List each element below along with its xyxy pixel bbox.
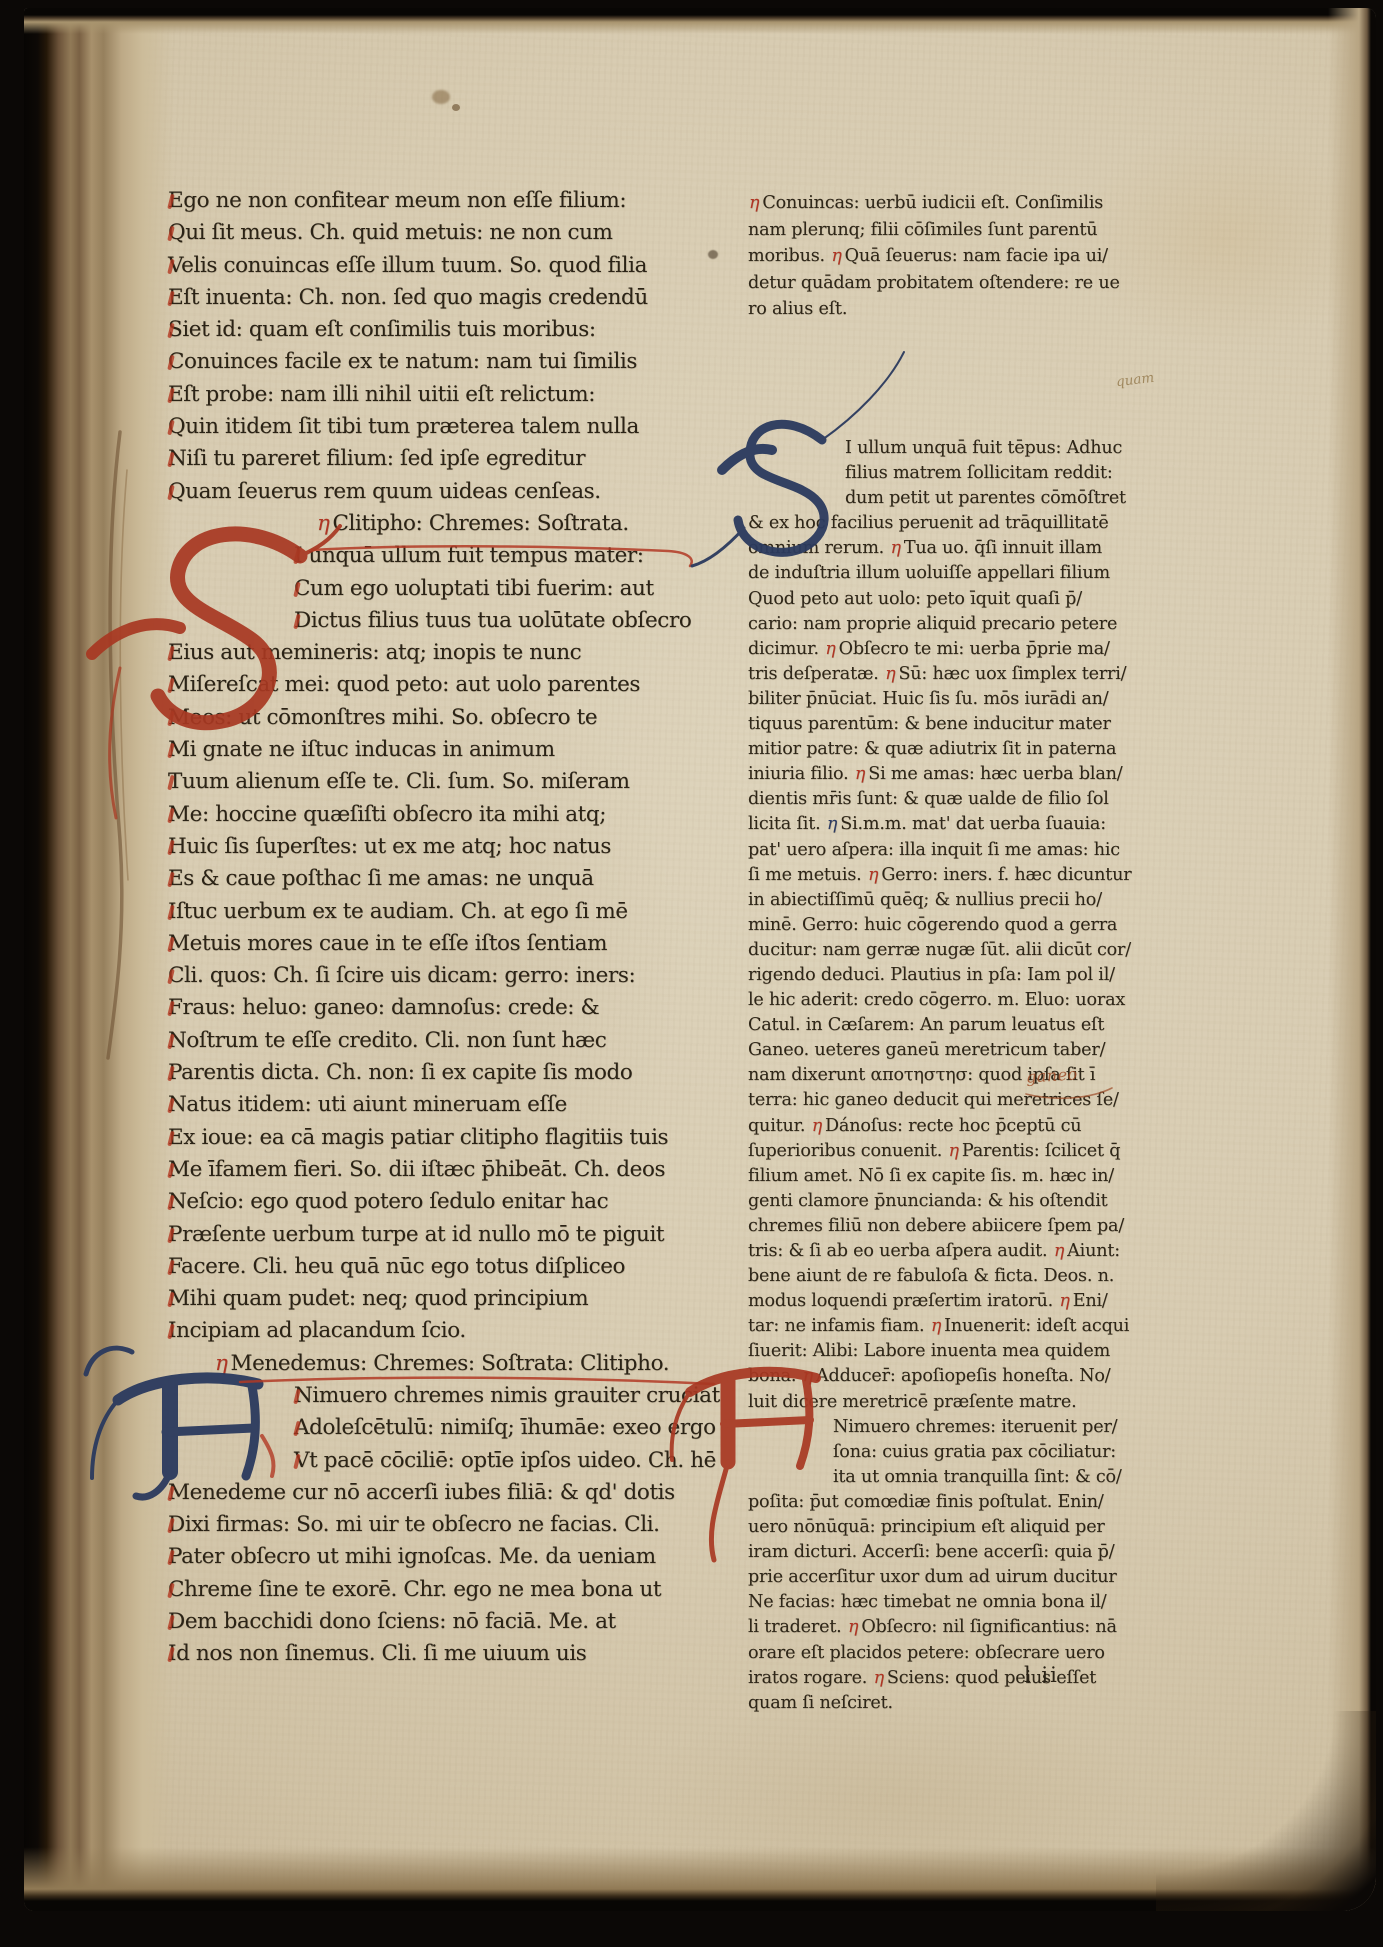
text-run: Pater obſecro ut mihi ignoſcas. Me. da u… (168, 1544, 656, 1569)
text-run: li traderet. (748, 1617, 847, 1637)
text-run: iram dicturi. Accerſi: bene accerſi: qui… (748, 1542, 1114, 1562)
verse-line: Neſcio: ego quod potero ſedulo enitar ha… (168, 1186, 728, 1218)
commentary-line: omnium rerum. ηTua uo. q̄ſi innuit illam (748, 536, 1168, 561)
text-run: Obſecro te mi: uerba p̄prie ma/ (839, 639, 1110, 659)
text-run: dicimur. (748, 639, 824, 659)
commentary-line: bona. ηAdducer̄: apoſiopeſis honeſta. No… (748, 1364, 1168, 1389)
commentary-line: filius matrem ſollicitam reddit: (748, 461, 1168, 486)
commentary-line: filium amet. Nō ſi ex capite ſis. m. hæc… (748, 1164, 1168, 1189)
play-text-column: Ego ne non confitear meum non eſſe filiu… (168, 185, 728, 1671)
text-run: Obſecro: nil ſignificantius: nā (861, 1617, 1117, 1637)
commentary-line: nam dixerunt αποτηστησ: quod ipſa ſit ī (748, 1063, 1168, 1088)
commentary-line: Ganeo. ueteres ganeū meretricum taber/ (748, 1038, 1168, 1063)
text-run: Adducer̄: apoſiopeſis honeſta. No/ (816, 1366, 1111, 1386)
verse-line: Me īfamem fieri. So. dii iſtæc p̄hibeāt.… (168, 1154, 728, 1186)
text-run: Miſereſcat mei: quod peto: aut uolo pare… (168, 672, 640, 697)
text-run: Eius aut memineris: atq; inopis te nunc (168, 640, 581, 665)
commentary-line: orare eſt placidos petere: obſecrare uer… (748, 1641, 1168, 1666)
scene-heading: ηClitipho: Chremes: Soſtrata. (168, 508, 728, 540)
text-run: Parentis: ſcilicet q̄ (962, 1141, 1120, 1161)
verse-line: Tuum alienum eſſe te. Cli. ſum. So. miſe… (168, 766, 728, 798)
verse-line: Siet id: quam eſt conſimilis tuis moribu… (168, 314, 728, 346)
verse-line: Noſtrum te eſſe credito. Cli. non ſunt h… (168, 1025, 728, 1057)
text-run: Nimuero chremes: iteruenit per/ (833, 1417, 1117, 1437)
verse-line: Fraus: heluo: ganeo: damnoſus: crede: & (168, 992, 728, 1024)
text-run: orare eſt placidos petere: obſecrare uer… (748, 1643, 1105, 1663)
text-run: I unquā ullum fuit tempus mater: (294, 543, 644, 568)
text-run: Id nos non ſinemus. Cli. ſi me uiuum uis (168, 1641, 586, 1666)
commentary-line: mitior patre: & quæ adiutrix ſit in pate… (748, 737, 1168, 762)
text-run: Eſt inuenta: Ch. non. ſed quo magis cred… (168, 285, 648, 310)
verse-line: Parentis dicta. Ch. non: ſi ex capite ſi… (168, 1057, 728, 1089)
commentary-line: I ullum unquā fuit tēpus: Adhuc (748, 436, 1168, 461)
verse-line: Me: hoccine quæſiſti obſecro ita mihi at… (168, 799, 728, 831)
text-run: Inuenerit: ideſt acqui (944, 1316, 1129, 1336)
text-run: Cli. quos: Ch. ſi ſcire uis dicam: gerro… (168, 963, 635, 988)
text-run: ducitur: nam gerræ nugæ ſūt. alii dicūt … (748, 940, 1131, 960)
verse-line: Nimuero chremes nimis grauiter cruciat (168, 1380, 728, 1412)
text-run: ſi me metuis. (748, 865, 867, 885)
verse-line: Cli. quos: Ch. ſi ſcire uis dicam: gerro… (168, 960, 728, 992)
verse-line: Adoleſcētulū: nimiſq; īhumāe: exeo ergo (168, 1412, 728, 1444)
commentary-line: in abiectiſſimū quēq; & nullius precii h… (748, 888, 1168, 913)
verse-line: Iſtuc uerbum ex te audiam. Ch. at ego ſi… (168, 896, 728, 928)
text-run: Ganeo. ueteres ganeū meretricum taber/ (748, 1040, 1105, 1060)
verse-line: Quin itidem ſit tibi tum præterea talem … (168, 411, 728, 443)
verse-line: I unquā ullum fuit tempus mater: (168, 540, 728, 572)
text-run: Dem bacchidi dono ſciens: nō faciā. Me. … (168, 1609, 616, 1634)
text-run: Menedeme cur nō accerſi iubes filiā: & q… (168, 1480, 675, 1505)
verse-line: Natus itidem: uti aiunt mineruam eſſe (168, 1089, 728, 1121)
commentary-line: prie accerſitur uxor dum ad uirum ducitu… (748, 1565, 1168, 1590)
commentary-line: licita ſit. ηSi.m.m. mat' dat uerba ſuau… (748, 812, 1168, 837)
verse-line: Meos: ut cōmonſtres mihi. So. obſecro te (168, 702, 728, 734)
text-run: ſona: cuius gratia pax cōciliatur: (833, 1442, 1116, 1462)
commentary-line: quam ſi neſciret. (748, 1691, 1168, 1716)
page-corner-shadow (1156, 1711, 1376, 1911)
text-run: biliter p̄nūciat. Huic ſis ſu. mōs iurād… (748, 689, 1109, 709)
commentary-line: rigendo deduci. Plautius in pſa: Iam pol… (748, 963, 1168, 988)
commentary-line: li traderet. ηObſecro: nil ſignificantiu… (748, 1615, 1168, 1640)
text-run: Clitipho: Chremes: Soſtrata. (332, 511, 628, 536)
verse-line: Pater obſecro ut mihi ignoſcas. Me. da u… (168, 1541, 728, 1573)
text-run: luit dicere meretricē præſente matre. (748, 1392, 1077, 1412)
verse-line: Eius aut memineris: atq; inopis te nunc (168, 637, 728, 669)
text-run: mitior patre: & quæ adiutrix ſit in pate… (748, 739, 1116, 759)
text-run: dientis mr̄is ſunt: & quæ ualde de filio… (748, 789, 1109, 809)
commentary-line: dicimur. ηObſecro te mi: uerba p̄prie ma… (748, 637, 1168, 662)
text-run: Mi gnate ne iſtuc inducas in animum (168, 737, 555, 762)
text-run: Dictus filius tuus tua uolūtate obſecro (294, 608, 691, 633)
verse-line: Eſt probe: nam illi nihil uitii eſt reli… (168, 379, 728, 411)
commentary-line: ro alius eſt. (748, 296, 1168, 323)
verse-line: Id nos non ſinemus. Cli. ſi me uiuum uis (168, 1638, 728, 1670)
quire-signature: l ii (1024, 1663, 1059, 1687)
text-run: uero nōnūquā: principium eſt aliquid per (748, 1517, 1105, 1537)
commentary-line: terra: hic ganeo deducit qui meretrices … (748, 1088, 1168, 1113)
text-run: Ego ne non confitear meum non eſſe filiu… (168, 188, 626, 213)
stain (452, 104, 460, 111)
text-run: I ullum unquā fuit tēpus: Adhuc (845, 438, 1122, 458)
text-run: Dixi firmas: So. mi uir te obſecro ne fa… (168, 1512, 660, 1537)
commentary-line: tar: ne infamis fiam. ηInuenerit: ideſt … (748, 1314, 1168, 1339)
commentary-line: chremes filiū non debere abiicere ſpem p… (748, 1214, 1168, 1239)
text-run: Meos: ut cōmonſtres mihi. So. obſecro te (168, 705, 597, 730)
verse-line: Facere. Cli. heu quā nūc ego totus diſpl… (168, 1251, 728, 1283)
commentary-block-top: ηConuincas: uerbū iudicii eſt. Conſimili… (748, 190, 1168, 323)
text-run: in abiectiſſimū quēq; & nullius precii h… (748, 890, 1102, 910)
text-run: Tua uo. q̄ſi innuit illam (904, 538, 1102, 558)
verse-line: Menedeme cur nō accerſi iubes filiā: & q… (168, 1477, 728, 1509)
text-run: ſuperioribus conuenit. (748, 1141, 948, 1161)
text-run: Noſtrum te eſſe credito. Cli. non ſunt h… (168, 1028, 606, 1053)
text-run: Me: hoccine quæſiſti obſecro ita mihi at… (168, 802, 606, 827)
text-run: Natus itidem: uti aiunt mineruam eſſe (168, 1092, 567, 1117)
text-run: Ne facias: hæc timebat ne omnia bona il/ (748, 1592, 1107, 1612)
text-run: Chreme ſine te exorē. Chr. ego ne mea bo… (168, 1577, 661, 1602)
verse-line: Es & caue poſthac ſi me amas: ne unquā (168, 863, 728, 895)
text-run: omnium rerum. (748, 538, 889, 558)
text-run: Conuincas: uerbū iudicii eſt. Conſimilis (762, 193, 1103, 213)
text-run: tris deſperatæ. (748, 664, 884, 684)
text-run: filium amet. Nō ſi ex capite ſis. m. hæc… (748, 1166, 1114, 1186)
text-run: Tuum alienum eſſe te. Cli. ſum. So. miſe… (168, 769, 630, 794)
text-run: Quod peto aut uolo: peto īquit quaſi p̄/ (748, 589, 1082, 609)
verse-line: Præſente uerbum turpe at id nullo mō te … (168, 1219, 728, 1251)
text-run: Siet id: quam eſt conſimilis tuis moribu… (168, 317, 596, 342)
text-run: Es & caue poſthac ſi me amas: ne unquā (168, 866, 594, 891)
text-run: detur quādam probitatem oſtendere: re ue (748, 273, 1120, 293)
verse-line: Dictus filius tuus tua uolūtate obſecro (168, 605, 728, 637)
text-run: cario: nam proprie aliquid precario pete… (748, 614, 1117, 634)
commentary-line: ſuperioribus conuenit. ηParentis: ſcilic… (748, 1139, 1168, 1164)
text-run: tar: ne infamis fiam. (748, 1316, 930, 1336)
commentary-line: bene aiunt de re fabuloſa & ficta. Deos.… (748, 1264, 1168, 1289)
text-run: bona. (748, 1366, 802, 1386)
text-run: Catul. in Cæſarem: An parum leuatus eſt (748, 1015, 1104, 1035)
text-run: ro alius eſt. (748, 299, 847, 319)
text-run: Velis conuincas eſſe illum tuum. So. quo… (168, 253, 647, 278)
text-run: Sū: hæc uox ſimplex terri/ (898, 664, 1126, 684)
commentary-line: modus loquendi præſertim iratorū. ηEni/ (748, 1289, 1168, 1314)
text-run: terra: hic ganeo deducit qui meretrices … (748, 1090, 1119, 1110)
commentary-line: iniuria filio. ηSi me amas: hæc uerba bl… (748, 762, 1168, 787)
commentary-line: ſi me metuis. ηGerro: iners. f. hæc dicu… (748, 863, 1168, 888)
text-run: Conuinces facile ex te natum: nam tui ſi… (168, 349, 637, 374)
scene-heading: ηMenedemus: Chremes: Soſtrata: Clitipho. (168, 1348, 728, 1380)
text-run: licita ſit. (748, 814, 826, 834)
text-run: Si me amas: hæc uerba blan/ (868, 764, 1122, 784)
commentary-line: ſiuerit: Alibi: Labore inuenta mea quide… (748, 1339, 1168, 1364)
verse-line: Niſi tu pareret filium: ſed ipſe egredit… (168, 443, 728, 475)
commentary-line: Quod peto aut uolo: peto īquit quaſi p̄/ (748, 587, 1168, 612)
commentary-line: tris deſperatæ. ηSū: hæc uox ſimplex ter… (748, 662, 1168, 687)
verse-line: Huic ſis ſuperſtes: ut ex me atq; hoc na… (168, 831, 728, 863)
commentary-line: luit dicere meretricē præſente matre. (748, 1390, 1168, 1415)
text-run: le hic aderit: credo cōgerro. m. Eluo: u… (748, 990, 1125, 1010)
text-run: dum petit ut parentes cōmōſtret (845, 488, 1126, 508)
binding-gutter (24, 8, 174, 1911)
text-run: Menedemus: Chremes: Soſtrata: Clitipho. (230, 1351, 669, 1376)
text-run: Cum ego uoluptati tibi fuerim: aut (294, 576, 654, 601)
commentary-line: pat' uero aſpera: illa inquit ſi me amas… (748, 838, 1168, 863)
photo-background: Ego ne non confitear meum non eſſe filiu… (0, 0, 1383, 1947)
text-run: moribus. (748, 246, 830, 266)
text-run: Niſi tu pareret filium: ſed ipſe egredit… (168, 446, 585, 471)
text-run: Gerro: iners. f. hæc dicuntur (881, 865, 1131, 885)
commentary-line: de induſtria illum uoluiſſe appellari fi… (748, 561, 1168, 586)
text-run: Mihi quam pudet: neq; quod principium (168, 1286, 588, 1311)
text-run: modus loquendi præſertim iratorū. (748, 1291, 1058, 1311)
text-run: rigendo deduci. Plautius in pſa: Iam pol… (748, 965, 1115, 985)
text-run: iratos rogare. (748, 1668, 873, 1688)
commentary-line: ſona: cuius gratia pax cōciliatur: (748, 1440, 1168, 1465)
text-run: bene aiunt de re fabuloſa & ficta. Deos.… (748, 1266, 1114, 1286)
verse-line: Dem bacchidi dono ſciens: nō faciā. Me. … (168, 1606, 728, 1638)
commentary-line: ηConuincas: uerbū iudicii eſt. Conſimili… (748, 190, 1168, 217)
text-run: Præſente uerbum turpe at id nullo mō te … (168, 1222, 664, 1247)
text-run: Eni/ (1073, 1291, 1108, 1311)
verse-line: Dixi firmas: So. mi uir te obſecro ne fa… (168, 1509, 728, 1541)
commentary-line: cario: nam proprie aliquid precario pete… (748, 612, 1168, 637)
text-run: poſita: p̄ut comœdiæ finis poſtulat. Eni… (748, 1492, 1104, 1512)
text-run: de induſtria illum uoluiſſe appellari fi… (748, 563, 1110, 583)
text-run: Ex ioue: ea cā magis patiar clitipho fla… (168, 1125, 668, 1150)
text-run: tris: & ſi ab eo uerba aſpera audit. (748, 1241, 1053, 1261)
text-run: prie accerſitur uxor dum ad uirum ducitu… (748, 1567, 1117, 1587)
marginal-annotation: ganeo (1025, 1064, 1078, 1087)
stain (432, 90, 450, 104)
text-run: Quam ſeuerus rem quum uideas cenſeas. (168, 479, 601, 504)
text-run: Metuis mores caue in te eſſe iſtos ſenti… (168, 931, 607, 956)
text-run: Eſt probe: nam illi nihil uitii eſt reli… (168, 382, 595, 407)
text-run: Fraus: heluo: ganeo: damnoſus: crede: & (168, 995, 599, 1020)
text-run: quitur. (748, 1116, 811, 1136)
verse-line: Mihi quam pudet: neq; quod principium (168, 1283, 728, 1315)
text-run: Sciens: quod peius eſſet (887, 1668, 1096, 1688)
commentary-line: Ne facias: hæc timebat ne omnia bona il/ (748, 1590, 1168, 1615)
commentary-line: moribus. ηQuā ſeuerus: nam facie ipa ui/ (748, 243, 1168, 270)
commentary-column: I ullum unquā fuit tēpus: Adhucfilius ma… (748, 436, 1168, 1716)
text-run: Dánoſus: recte hoc p̄ceptū cū (825, 1116, 1081, 1136)
verse-line: Eſt inuenta: Ch. non. ſed quo magis cred… (168, 282, 728, 314)
commentary-line: minē. Gerro: huic cōgerendo quod a gerra (748, 913, 1168, 938)
commentary-line: & ex hoc facilius peruenit ad trāquillit… (748, 511, 1168, 536)
commentary-line: tiquus parentūm: & bene inducitur mater (748, 712, 1168, 737)
verse-line: Quam ſeuerus rem quum uideas cenſeas. (168, 476, 728, 508)
text-run: & ex hoc facilius peruenit ad trāquillit… (748, 513, 1109, 533)
commentary-line: poſita: p̄ut comœdiæ finis poſtulat. Eni… (748, 1490, 1168, 1515)
verse-line: Conuinces facile ex te natum: nam tui ſi… (168, 346, 728, 378)
text-run: chremes filiū non debere abiicere ſpem p… (748, 1216, 1124, 1236)
verse-line: Incipiam ad placandum ſcio. (168, 1315, 728, 1347)
commentary-line: dientis mr̄is ſunt: & quæ ualde de filio… (748, 787, 1168, 812)
commentary-line: uero nōnūquā: principium eſt aliquid per (748, 1515, 1168, 1540)
commentary-line: biliter p̄nūciat. Huic ſis ſu. mōs iurād… (748, 687, 1168, 712)
text-run: Me īfamem fieri. So. dii iſtæc p̄hibeāt.… (168, 1157, 665, 1182)
text-run: Neſcio: ego quod potero ſedulo enitar ha… (168, 1189, 608, 1214)
commentary-line: iratos rogare. ηSciens: quod peius eſſet (748, 1666, 1168, 1691)
verse-line: Miſereſcat mei: quod peto: aut uolo pare… (168, 669, 728, 701)
text-run: quam ſi neſciret. (748, 1693, 893, 1713)
text-run: ita ut omnia tranquilla ſint: & cō/ (833, 1467, 1122, 1487)
text-run: Iſtuc uerbum ex te audiam. Ch. at ego ſi… (168, 899, 628, 924)
verse-line: Ego ne non confitear meum non eſſe filiu… (168, 185, 728, 217)
commentary-line: Catul. in Cæſarem: An parum leuatus eſt (748, 1013, 1168, 1038)
commentary-line: Nimuero chremes: iteruenit per/ (748, 1415, 1168, 1440)
verse-line: Cum ego uoluptati tibi fuerim: aut (168, 573, 728, 605)
page-right-edge (1328, 8, 1376, 1911)
verse-line: Metuis mores caue in te eſſe iſtos ſenti… (168, 928, 728, 960)
commentary-line: tris: & ſi ab eo uerba aſpera audit. ηAi… (748, 1239, 1168, 1264)
text-run: iniuria filio. (748, 764, 854, 784)
commentary-line: nam plerunq; filii cōſimiles ſunt parent… (748, 217, 1168, 244)
text-run: minē. Gerro: huic cōgerendo quod a gerra (748, 915, 1117, 935)
text-run: Vt pacē cōciliē: optīe ipſos uideo. Ch. … (294, 1448, 716, 1473)
commentary-line: ducitur: nam gerræ nugæ ſūt. alii dicūt … (748, 938, 1168, 963)
text-run: Aiunt: (1067, 1241, 1120, 1261)
verse-line: Vt pacē cōciliē: optīe ipſos uideo. Ch. … (168, 1445, 728, 1477)
text-run: Quin itidem ſit tibi tum præterea talem … (168, 414, 639, 439)
text-run: Facere. Cli. heu quā nūc ego totus diſpl… (168, 1254, 625, 1279)
commentary-line: genti clamore p̄nuncianda: & his oſtendi… (748, 1189, 1168, 1214)
commentary-line: le hic aderit: credo cōgerro. m. Eluo: u… (748, 988, 1168, 1013)
text-run: filius matrem ſollicitam reddit: (845, 463, 1113, 483)
commentary-line: iram dicturi. Accerſi: bene accerſi: qui… (748, 1540, 1168, 1565)
text-run: pat' uero aſpera: illa inquit ſi me amas… (748, 840, 1120, 860)
verse-line: Chreme ſine te exorē. Chr. ego ne mea bo… (168, 1574, 728, 1606)
text-run: Quā ſeuerus: nam facie ipa ui/ (845, 246, 1108, 266)
text-run: Huic ſis ſuperſtes: ut ex me atq; hoc na… (168, 834, 611, 859)
text-run: Incipiam ad placandum ſcio. (168, 1318, 466, 1343)
commentary-line: detur quādam probitatem oſtendere: re ue (748, 270, 1168, 297)
text-run: ſiuerit: Alibi: Labore inuenta mea quide… (748, 1341, 1110, 1361)
page-top-edge (24, 8, 1376, 34)
text-run: Parentis dicta. Ch. non: ſi ex capite ſi… (168, 1060, 632, 1085)
verse-line: Ex ioue: ea cā magis patiar clitipho fla… (168, 1122, 728, 1154)
verse-line: Qui ſit meus. Ch. quid metuis: ne non cu… (168, 217, 728, 249)
text-run: Si.m.m. mat' dat uerba ſuauia: (840, 814, 1106, 834)
text-run: nam plerunq; filii cōſimiles ſunt parent… (748, 220, 1097, 240)
text-run: Adoleſcētulū: nimiſq; īhumāe: exeo ergo (294, 1415, 716, 1440)
commentary-line: dum petit ut parentes cōmōſtret (748, 486, 1168, 511)
text-run: tiquus parentūm: & bene inducitur mater (748, 714, 1111, 734)
text-run: Nimuero chremes nimis grauiter cruciat (294, 1383, 720, 1408)
commentary-line: ita ut omnia tranquilla ſint: & cō/ (748, 1465, 1168, 1490)
text-run: Qui ſit meus. Ch. quid metuis: ne non cu… (168, 220, 613, 245)
verse-line: Velis conuincas eſſe illum tuum. So. quo… (168, 250, 728, 282)
text-run: genti clamore p̄nuncianda: & his oſtendi… (748, 1191, 1108, 1211)
verse-line: Mi gnate ne iſtuc inducas in animum (168, 734, 728, 766)
commentary-line: quitur. ηDánoſus: recte hoc p̄ceptū cū (748, 1114, 1168, 1139)
